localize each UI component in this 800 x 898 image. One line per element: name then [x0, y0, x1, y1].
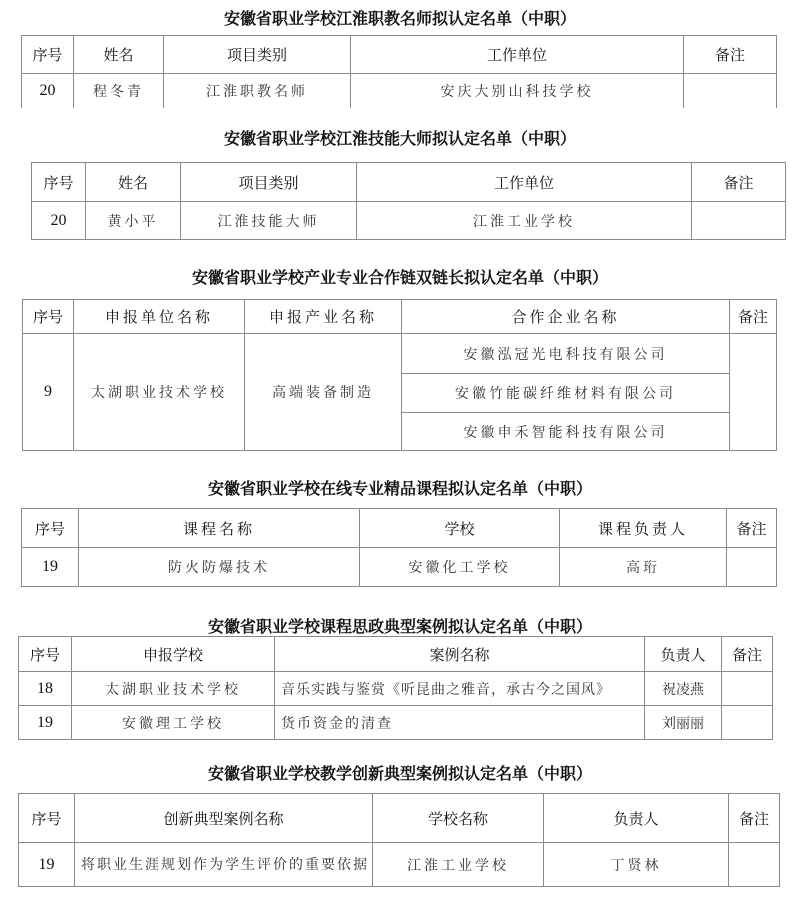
cell-school: 安徽理工学校 [72, 706, 275, 740]
cell-note [729, 843, 780, 887]
table-row: 20 黄小平 江淮技能大师 江淮工业学校 [32, 202, 786, 240]
table-row: 19 将职业生涯规划作为学生评价的重要依据 江淮工业学校 丁贤林 [19, 843, 780, 887]
header-cell: 创新典型案例名称 [75, 794, 373, 843]
header-cell: 姓名 [86, 163, 181, 202]
cell-note [684, 74, 777, 108]
table-row: 19 防火防爆技术 安徽化工学校 高珩 [22, 548, 777, 587]
table-skill-masters: 序号 姓名 项目类别 工作单位 备注 20 黄小平 江淮技能大师 江淮工业学校 [31, 162, 786, 240]
cell-lead: 刘丽丽 [645, 706, 722, 740]
cell-applicant-unit: 太湖职业技术学校 [74, 334, 245, 451]
cell-workplace: 安庆大别山科技学校 [351, 74, 684, 108]
header-cell: 序号 [23, 300, 74, 334]
cell-category: 江淮职教名师 [164, 74, 351, 108]
cell-case-name: 将职业生涯规划作为学生评价的重要依据 [75, 843, 373, 887]
header-cell: 负责人 [645, 637, 722, 672]
table-header-row: 序号 申报学校 案例名称 负责人 备注 [19, 637, 773, 672]
header-cell: 合作企业名称 [402, 300, 730, 334]
header-cell: 序号 [32, 163, 86, 202]
header-cell: 备注 [729, 794, 780, 843]
table-teaching-innovation-cases: 序号 创新典型案例名称 学校名称 负责人 备注 19 将职业生涯规划作为学生评价… [18, 793, 780, 887]
header-cell: 备注 [730, 300, 777, 334]
header-cell: 备注 [684, 36, 777, 74]
cell-course-lead: 高珩 [560, 548, 727, 587]
cell-partner-company: 安徽竹能碳纤维材料有限公司 [402, 374, 730, 413]
header-cell: 工作单位 [351, 36, 684, 74]
header-cell: 申报学校 [72, 637, 275, 672]
header-cell: 案例名称 [275, 637, 645, 672]
cell-index: 9 [23, 334, 74, 451]
cell-index: 19 [19, 843, 75, 887]
cell-school: 安徽化工学校 [360, 548, 560, 587]
header-cell: 序号 [22, 509, 79, 548]
cell-note [722, 706, 773, 740]
table-header-row: 序号 申报单位名称 申报产业名称 合作企业名称 备注 [23, 300, 777, 334]
cell-partner-company: 安徽申禾智能科技有限公司 [402, 413, 730, 451]
section-title-online-courses: 安徽省职业学校在线专业精品课程拟认定名单（中职） [0, 476, 800, 499]
cell-case-name: 音乐实践与鉴赏《听昆曲之雅音，承古今之国风》 [275, 672, 645, 706]
header-cell: 备注 [692, 163, 786, 202]
cell-case-name: 货币资金的清查 [275, 706, 645, 740]
table-famous-teachers: 序号 姓名 项目类别 工作单位 备注 20 程冬青 江淮职教名师 安庆大别山科技… [21, 35, 777, 108]
header-cell: 姓名 [74, 36, 164, 74]
cell-index: 19 [22, 548, 79, 587]
table-header-row: 序号 课程名称 学校 课程负责人 备注 [22, 509, 777, 548]
cell-note [730, 334, 777, 451]
header-cell: 备注 [722, 637, 773, 672]
table-row: 20 程冬青 江淮职教名师 安庆大别山科技学校 [22, 74, 777, 108]
table-header-row: 序号 姓名 项目类别 工作单位 备注 [32, 163, 786, 202]
header-cell: 学校 [360, 509, 560, 548]
header-cell: 课程负责人 [560, 509, 727, 548]
cell-name: 程冬青 [74, 74, 164, 108]
header-cell: 申报产业名称 [245, 300, 402, 334]
cell-workplace: 江淮工业学校 [357, 202, 692, 240]
table-row: 19 安徽理工学校 货币资金的清查 刘丽丽 [19, 706, 773, 740]
header-cell: 序号 [22, 36, 74, 74]
table-ideological-cases: 序号 申报学校 案例名称 负责人 备注 18 太湖职业技术学校 音乐实践与鉴赏《… [18, 636, 773, 740]
header-cell: 备注 [727, 509, 777, 548]
cell-index: 19 [19, 706, 72, 740]
cell-partner-company: 安徽泓冠光电科技有限公司 [402, 334, 730, 374]
table-header-row: 序号 姓名 项目类别 工作单位 备注 [22, 36, 777, 74]
header-cell: 序号 [19, 637, 72, 672]
cell-name: 黄小平 [86, 202, 181, 240]
cell-index: 20 [32, 202, 86, 240]
table-industry-chain-leaders: 序号 申报单位名称 申报产业名称 合作企业名称 备注 9 太湖职业技术学校 高端… [22, 299, 777, 451]
cell-index: 20 [22, 74, 74, 108]
section-title-industry-chain-leaders: 安徽省职业学校产业专业合作链双链长拟认定名单（中职） [0, 265, 800, 288]
header-cell: 学校名称 [373, 794, 544, 843]
cell-industry: 高端装备制造 [245, 334, 402, 451]
table-row: 9 太湖职业技术学校 高端装备制造 安徽泓冠光电科技有限公司 [23, 334, 777, 374]
section-title-ideological-cases: 安徽省职业学校课程思政典型案例拟认定名单（中职） [0, 614, 800, 637]
header-cell: 项目类别 [181, 163, 357, 202]
cell-lead: 祝凌燕 [645, 672, 722, 706]
cell-lead: 丁贤林 [544, 843, 729, 887]
table-header-row: 序号 创新典型案例名称 学校名称 负责人 备注 [19, 794, 780, 843]
section-title-famous-teachers: 安徽省职业学校江淮职教名师拟认定名单（中职） [0, 6, 800, 29]
table-row: 18 太湖职业技术学校 音乐实践与鉴赏《听昆曲之雅音，承古今之国风》 祝凌燕 [19, 672, 773, 706]
cell-school: 太湖职业技术学校 [72, 672, 275, 706]
header-cell: 序号 [19, 794, 75, 843]
header-cell: 申报单位名称 [74, 300, 245, 334]
header-cell: 工作单位 [357, 163, 692, 202]
cell-category: 江淮技能大师 [181, 202, 357, 240]
cell-note [727, 548, 777, 587]
header-cell: 负责人 [544, 794, 729, 843]
cell-school: 江淮工业学校 [373, 843, 544, 887]
cell-note [722, 672, 773, 706]
cell-course-name: 防火防爆技术 [79, 548, 360, 587]
cell-index: 18 [19, 672, 72, 706]
header-cell: 项目类别 [164, 36, 351, 74]
section-title-teaching-innovation-cases: 安徽省职业学校教学创新典型案例拟认定名单（中职） [0, 761, 800, 784]
section-title-skill-masters: 安徽省职业学校江淮技能大师拟认定名单（中职） [0, 126, 800, 149]
table-online-courses: 序号 课程名称 学校 课程负责人 备注 19 防火防爆技术 安徽化工学校 高珩 [21, 508, 777, 587]
header-cell: 课程名称 [79, 509, 360, 548]
cell-note [692, 202, 786, 240]
